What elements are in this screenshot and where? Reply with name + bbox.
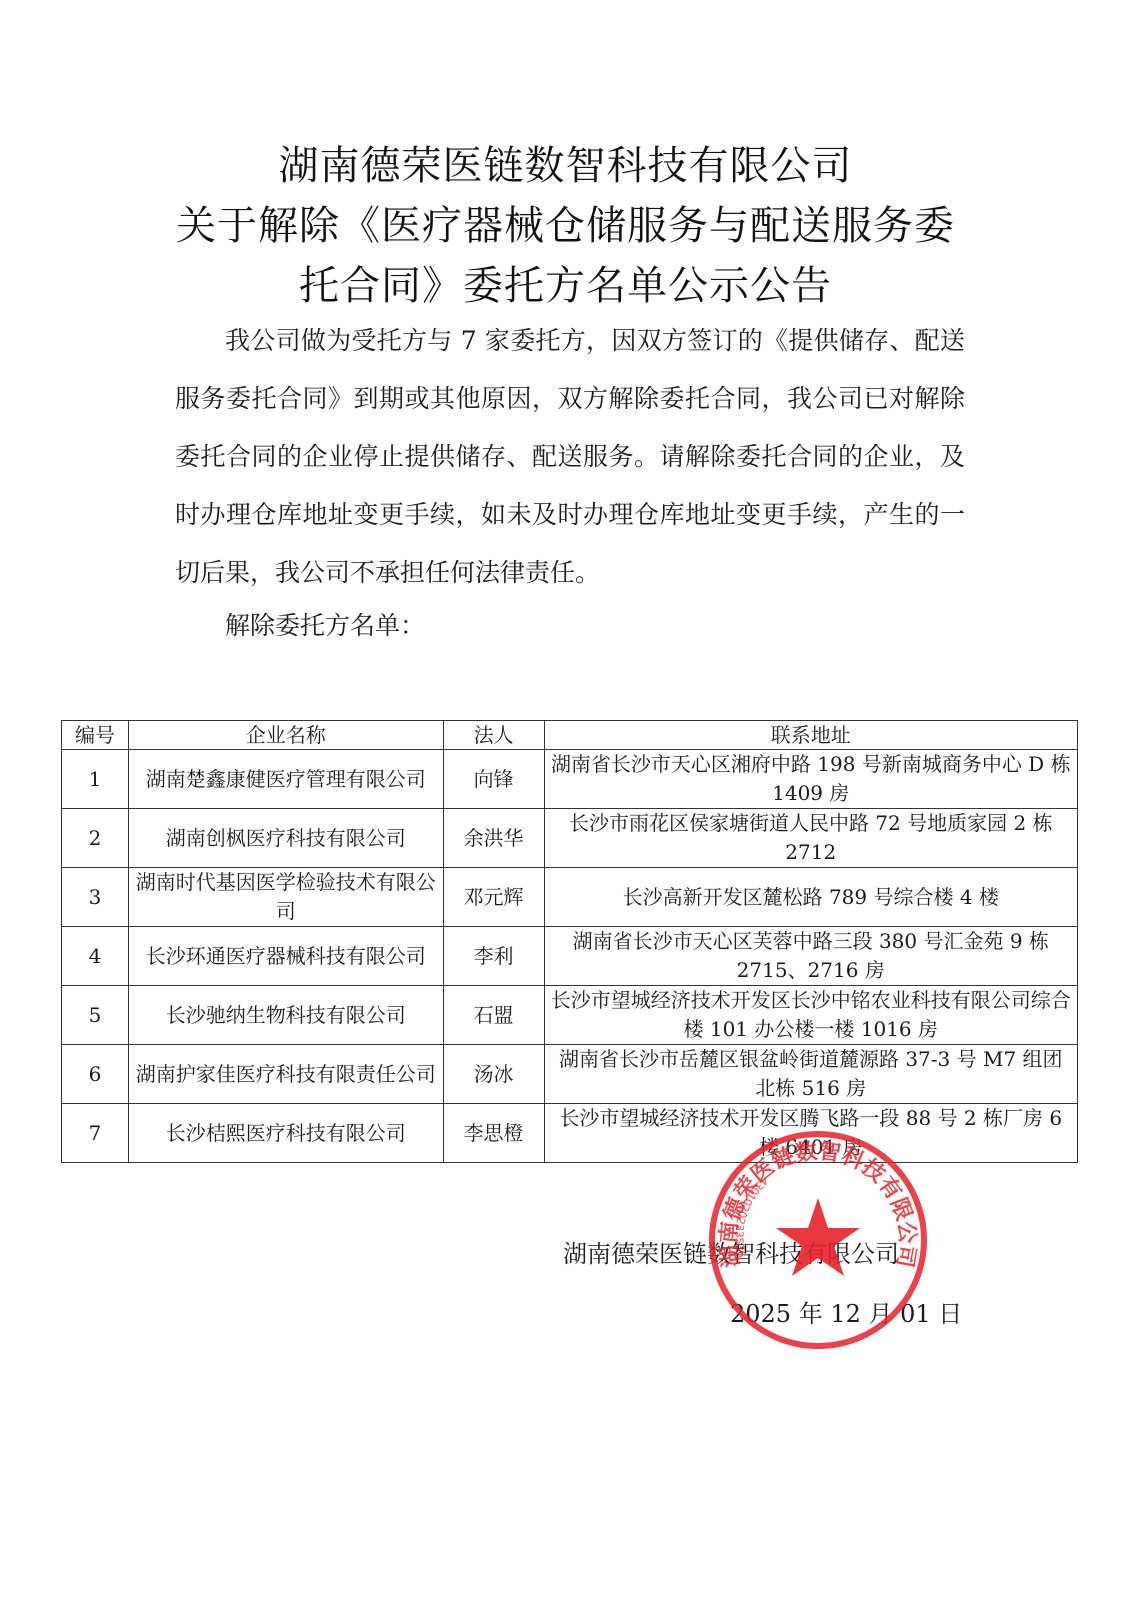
cell-legal-person: 汤冰 (443, 1045, 544, 1104)
cell-no: 3 (62, 868, 129, 927)
cell-address: 长沙市雨花区侯家塘街道人民中路 72 号地质家园 2 栋 2712 (544, 809, 1077, 868)
cell-company: 长沙桔熙医疗科技有限公司 (128, 1104, 443, 1163)
cell-address: 长沙市望城经济技术开发区腾飞路一段 88 号 2 栋厂房 6 楼 6401 房 (544, 1104, 1077, 1163)
cell-no: 1 (62, 750, 129, 809)
cell-company: 湖南护家佳医疗科技有限责任公司 (128, 1045, 443, 1104)
cell-address: 湖南省长沙市天心区芙蓉中路三段 380 号汇金苑 9 栋 2715、2716 房 (544, 927, 1077, 986)
cell-legal-person: 李思橙 (443, 1104, 544, 1163)
header-legal-person: 法人 (443, 721, 544, 750)
cell-company: 湖南楚鑫康健医疗管理有限公司 (128, 750, 443, 809)
signature-date: 2025 年 12 月 01 日 (730, 1296, 962, 1332)
table-row: 6 湖南护家佳医疗科技有限责任公司 汤冰 湖南省长沙市岳麓区银盆岭街道麓源路 3… (62, 1045, 1078, 1104)
cell-no: 4 (62, 927, 129, 986)
cell-company: 湖南时代基因医学检验技术有限公司 (128, 868, 443, 927)
title-line-2: 关于解除《医疗器械仓储服务与配送服务委 (0, 196, 1131, 256)
title-line-3: 托合同》委托方名单公示公告 (0, 256, 1131, 316)
cell-address: 湖南省长沙市岳麓区银盆岭街道麓源路 37-3 号 M7 组团北栋 516 房 (544, 1045, 1077, 1104)
table-header-row: 编号 企业名称 法人 联系地址 (62, 721, 1078, 750)
body-paragraph: 我公司做为受托方与 7 家委托方，因双方签订的《提供储存、配送服务委托合同》到期… (175, 312, 965, 602)
cell-address: 长沙高新开发区麓松路 789 号综合楼 4 楼 (544, 868, 1077, 927)
cell-address: 长沙市望城经济技术开发区长沙中铭农业科技有限公司综合楼 101 办公楼一楼 10… (544, 986, 1077, 1045)
table-row: 1 湖南楚鑫康健医疗管理有限公司 向锋 湖南省长沙市天心区湘府中路 198 号新… (62, 750, 1078, 809)
cell-no: 2 (62, 809, 129, 868)
cell-legal-person: 向锋 (443, 750, 544, 809)
table-row: 3 湖南时代基因医学检验技术有限公司 邓元辉 长沙高新开发区麓松路 789 号综… (62, 868, 1078, 927)
cell-no: 5 (62, 986, 129, 1045)
table-row: 5 长沙驰纳生物科技有限公司 石盟 长沙市望城经济技术开发区长沙中铭农业科技有限… (62, 986, 1078, 1045)
cell-legal-person: 邓元辉 (443, 868, 544, 927)
title-line-1: 湖南德荣医链数智科技有限公司 (0, 136, 1131, 196)
cell-legal-person: 石盟 (443, 986, 544, 1045)
signature-company: 湖南德荣医链数智科技有限公司 (563, 1236, 899, 1272)
header-no: 编号 (62, 721, 129, 750)
table-row: 4 长沙环通医疗器械科技有限公司 李利 湖南省长沙市天心区芙蓉中路三段 380 … (62, 927, 1078, 986)
cell-no: 6 (62, 1045, 129, 1104)
cell-legal-person: 余洪华 (443, 809, 544, 868)
body-paragraph-container: 我公司做为受托方与 7 家委托方，因双方签订的《提供储存、配送服务委托合同》到期… (175, 312, 965, 602)
cell-company: 长沙驰纳生物科技有限公司 (128, 986, 443, 1045)
client-list-table: 编号 企业名称 法人 联系地址 1 湖南楚鑫康健医疗管理有限公司 向锋 湖南省长… (61, 720, 1078, 1163)
cell-no: 7 (62, 1104, 129, 1163)
table-row: 7 长沙桔熙医疗科技有限公司 李思橙 长沙市望城经济技术开发区腾飞路一段 88 … (62, 1104, 1078, 1163)
cell-company: 长沙环通医疗器械科技有限公司 (128, 927, 443, 986)
cell-address: 湖南省长沙市天心区湘府中路 198 号新南城商务中心 D 栋 1409 房 (544, 750, 1077, 809)
header-company: 企业名称 (128, 721, 443, 750)
cell-company: 湖南创枫医疗科技有限公司 (128, 809, 443, 868)
header-address: 联系地址 (544, 721, 1077, 750)
cell-legal-person: 李利 (443, 927, 544, 986)
list-label: 解除委托方名单： (225, 606, 425, 646)
table-row: 2 湖南创枫医疗科技有限公司 余洪华 长沙市雨花区侯家塘街道人民中路 72 号地… (62, 809, 1078, 868)
